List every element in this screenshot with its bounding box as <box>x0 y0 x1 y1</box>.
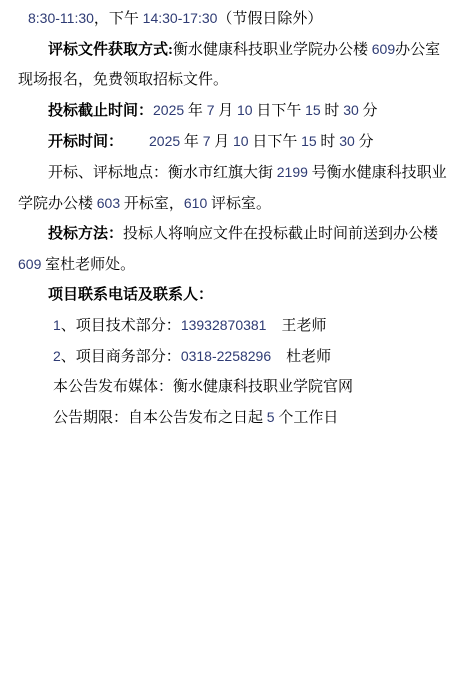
publish-media-line: 本公告发布媒体：衡水健康科技职业学院官网 <box>18 372 448 402</box>
announcement-period-text: 公告期限：自本公告发布之日起 5 个工作日 <box>53 410 338 426</box>
doc-acquisition-label: 评标文件获取方式: <box>48 42 173 58</box>
document-page: 8:30-11:30，下午 14:30-17:30（节假日除外） 评标文件获取方… <box>0 0 457 691</box>
office-hours-continuation-line: 8:30-11:30，下午 14:30-17:30（节假日除外） <box>18 3 448 34</box>
numeric-text: 7 <box>207 102 215 118</box>
numeric-text: 8:30-11:30 <box>28 10 94 26</box>
contact-tech-line: 1、项目技术部分：13932870381 王老师 <box>18 310 448 341</box>
numeric-text: 609 <box>372 41 395 57</box>
numeric-text: 30 <box>343 102 359 118</box>
bid-deadline-label: 投标截止时间： <box>48 103 153 119</box>
numeric-text: 13932870381 <box>181 317 267 333</box>
numeric-text: 2 <box>53 348 61 364</box>
numeric-text: 0318-2258296 <box>181 348 271 364</box>
bid-opening-time-label: 开标时间： <box>48 134 123 150</box>
numeric-text: 10 <box>237 102 253 118</box>
contact-heading: 项目联系电话及联系人： <box>18 280 448 310</box>
numeric-text: 10 <box>233 133 249 149</box>
numeric-text: 7 <box>203 133 211 149</box>
numeric-text: 5 <box>267 409 275 425</box>
bid-deadline-paragraph: 投标截止时间：2025 年 7 月 10 日下午 15 时 30 分 <box>18 95 448 126</box>
numeric-text: 2199 <box>277 164 308 180</box>
numeric-text: 2025 <box>153 102 184 118</box>
numeric-text: 610 <box>184 195 207 211</box>
numeric-text: 2025 <box>149 133 180 149</box>
bid-method-paragraph: 投标方法：投标人将响应文件在投标截止时间前送到办公楼 609 室杜老师处。 <box>18 219 448 280</box>
numeric-text: 609 <box>18 256 41 272</box>
doc-acquisition-paragraph: 评标文件获取方式:衡水健康科技职业学院办公楼 609办公室现场报名，免费领取招标… <box>18 34 448 95</box>
bid-opening-time-paragraph: 开标时间：2025 年 7 月 10 日下午 15 时 30 分 <box>18 126 448 157</box>
numeric-text: 14:30-17:30 <box>143 10 218 26</box>
contact-heading-label: 项目联系电话及联系人： <box>48 287 213 303</box>
bid-method-label: 投标方法： <box>48 226 123 242</box>
numeric-text: 15 <box>301 133 317 149</box>
bid-deadline-value: 2025 年 7 月 10 日下午 15 时 30 分 <box>153 103 378 119</box>
numeric-text: 30 <box>339 133 355 149</box>
bid-opening-location-paragraph: 开标、评标地点：衡水市红旗大街 2199 号衡水健康科技职业学院办公楼 603 … <box>18 157 448 219</box>
contact-tech-text: 1、项目技术部分：13932870381 王老师 <box>53 318 326 334</box>
bid-opening-location-text: 开标、评标地点：衡水市红旗大街 2199 号衡水健康科技职业学院办公楼 603 … <box>18 165 447 212</box>
bid-opening-time-value: 2025 年 7 月 10 日下午 15 时 30 分 <box>149 134 374 150</box>
numeric-text: 1 <box>53 317 61 333</box>
contact-business-text: 2、项目商务部分：0318-2258296 杜老师 <box>53 349 331 365</box>
numeric-text: 603 <box>97 195 120 211</box>
publish-media-text: 本公告发布媒体：衡水健康科技职业学院官网 <box>53 379 353 395</box>
announcement-period-line: 公告期限：自本公告发布之日起 5 个工作日 <box>18 402 448 433</box>
office-hours-text: 8:30-11:30，下午 14:30-17:30（节假日除外） <box>28 11 322 27</box>
numeric-text: 15 <box>305 102 321 118</box>
contact-business-line: 2、项目商务部分：0318-2258296 杜老师 <box>18 341 448 372</box>
